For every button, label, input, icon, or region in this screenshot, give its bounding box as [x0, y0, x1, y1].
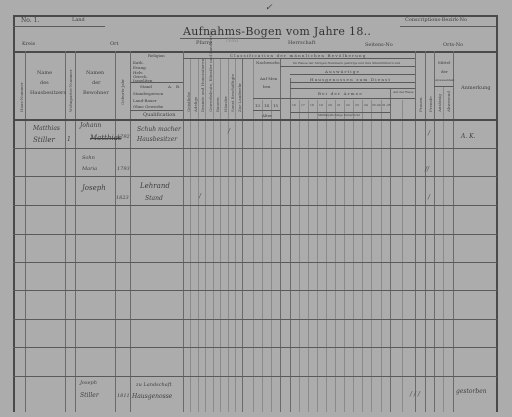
religion-row: Israeliten [133, 78, 152, 83]
header-rule [280, 66, 415, 67]
col-line [308, 100, 309, 412]
col-line [443, 86, 444, 412]
col-line [262, 100, 263, 412]
class-col-header: Bauern [215, 97, 220, 112]
col-header-frauen: Frauen [418, 97, 423, 112]
col-header-der: der [92, 80, 101, 86]
religion-subheader: Stand [140, 84, 152, 89]
header-rule [253, 98, 415, 99]
classification-title: Classification der männlichen Bevölkerun… [230, 53, 367, 58]
qualification-value: Hausbesitzer [137, 136, 177, 143]
col-line [415, 51, 416, 412]
age-header: Alter [262, 113, 272, 118]
age-col: 21 [337, 103, 341, 107]
col-header-wohnpartei: Wohnpartei-Nummer [68, 69, 73, 112]
geburtsjahr-value: 1811 [117, 393, 130, 399]
land-label: Land [72, 17, 85, 23]
frame-right [496, 15, 498, 412]
col-line [280, 58, 281, 412]
row-rule [13, 262, 497, 263]
col-line [344, 100, 345, 412]
header-rule [183, 58, 415, 59]
col-line [25, 51, 26, 412]
religion-title: Religion [148, 53, 165, 58]
col-header-hausbesitzer: Hausbesitzers [30, 90, 66, 96]
col-line [242, 58, 243, 412]
row-rule [13, 347, 497, 348]
anwesenheit-header: Anwesenheit [435, 78, 455, 82]
col-line [198, 58, 199, 412]
header-rule [290, 88, 415, 89]
col-header-namen: Namen [86, 70, 104, 76]
col-line [65, 51, 66, 412]
col-line [381, 100, 382, 412]
col-line [205, 58, 206, 412]
hausbesitzer-surname: Stiller [33, 136, 55, 144]
qualification-value: Schuh macher [137, 126, 181, 133]
col-line [371, 100, 372, 412]
tally-mark: / [428, 194, 430, 201]
right-block-line5: Auf der Reise [393, 90, 414, 94]
class-col-header: Adelige [193, 97, 198, 112]
class-col-header: Geistliche [186, 92, 191, 112]
row-rule [13, 376, 497, 377]
pfarre-value: Nikl [226, 37, 239, 44]
header-rule [130, 110, 183, 111]
geburtsjahr-value: 1792 [117, 134, 130, 140]
col-line [213, 58, 214, 412]
row-rule [13, 319, 497, 320]
check-mark: ✓ [265, 3, 273, 13]
col-header-geburtsjahr: Geburts-Jahr [120, 79, 125, 105]
col-line [115, 51, 116, 412]
col-line [183, 51, 184, 412]
census-form-page: No. 1. Land Aufnahms-Bogen vom Jahre 18.… [0, 0, 512, 417]
geburtsjahr-value: 1793 [117, 166, 130, 172]
class-col-header: Gewerbsleute, Künstler und Landwirthe [208, 31, 213, 113]
anwesenheit-sub: Abwesend [446, 91, 451, 112]
tally-mark: / [428, 130, 430, 137]
col-header-name-des: des [40, 80, 49, 86]
right-block-line2: Auswärtige [325, 69, 360, 74]
col-line [362, 100, 363, 412]
header-rule [290, 82, 415, 83]
tally-mark: / [199, 193, 201, 200]
age-col: 25-30 [372, 103, 381, 107]
col-line [434, 51, 435, 412]
age-col: 24 [364, 103, 368, 107]
geburtsjahr-value: 1823 [116, 195, 129, 201]
col-line [253, 58, 254, 412]
col-header-name: Name [37, 70, 52, 76]
header-rule [434, 86, 453, 87]
col-line [75, 51, 76, 412]
herrschaft-label: Herrschaft [288, 40, 316, 46]
bezirk-underline [400, 26, 496, 27]
col-line [453, 51, 454, 412]
row-rule [13, 205, 497, 206]
qualification-value: Hausgenosse [132, 393, 172, 400]
seitens-label: Seitens-No [365, 42, 393, 48]
nachwuchs-sub: ben [263, 84, 271, 89]
header-bottom-rule [13, 119, 497, 121]
qualification-value: Lehrand [140, 182, 170, 190]
right-block-line4: Bei der Armee [318, 91, 363, 96]
col-line [290, 78, 291, 412]
orts-label: Orts-No [443, 42, 463, 48]
col-line [299, 100, 300, 412]
col-header-hausnummer: Haus-Nummer [19, 82, 24, 112]
land-underline [13, 26, 105, 27]
age-col: 20 [328, 103, 332, 107]
religion-subheader: A. [168, 84, 172, 89]
right-block-line1: Im Hause der übrigen Nummern gehörige un… [293, 61, 400, 65]
col-line [130, 51, 131, 412]
right-block-footer: Militärpflichtige Unterricht [318, 113, 360, 117]
col-line [353, 100, 354, 412]
row-rule [13, 148, 497, 149]
age-header: 15 [273, 103, 278, 108]
religion-subheader: B. [176, 84, 180, 89]
row-rule [13, 290, 497, 291]
class-col-header: Beamte und Honoratioren [200, 59, 205, 112]
form-number: No. 1. [21, 17, 39, 24]
age-header: 13 [255, 103, 260, 108]
age-col: 17 [301, 103, 305, 107]
age-header: 14 [264, 103, 269, 108]
age-col: 19 [319, 103, 323, 107]
col-line [335, 100, 336, 412]
age-col: 22 [346, 103, 350, 107]
col-line [402, 100, 403, 412]
bewohner-name: Johann [80, 122, 101, 129]
anwesenheit-header: Mittel [438, 60, 450, 65]
qualification-value: Stand [145, 195, 163, 202]
wohnpartei-value: 1 [67, 136, 71, 143]
religion-subrow: Land-Bauer [133, 98, 157, 103]
class-col-header: Zur Landwehr [237, 83, 242, 112]
header-rule [290, 74, 415, 75]
nachwuchs-sub: Auf Men [260, 76, 277, 81]
col-header-bewohner: Bewohner [83, 90, 109, 96]
col-header-anmerkung: Anmerkung [461, 85, 491, 91]
col-line [425, 51, 426, 412]
bewohner-surname: Maria [82, 166, 97, 172]
class-col-header: Häusler [223, 96, 228, 112]
row-rule [13, 234, 497, 235]
col-line [228, 58, 229, 412]
qualification-value: zu Landschaft [136, 382, 172, 388]
nachwuchs-label: Nachwuchs [256, 60, 280, 65]
col-line [220, 58, 221, 412]
bewohner-name: Joseph [80, 380, 97, 386]
col-header-fremde: Fremde [428, 96, 433, 112]
age-col: 18 [310, 103, 314, 107]
religion-subrow: Ohne Gewerbe [133, 104, 163, 109]
bewohner-name: Joseph [82, 184, 106, 192]
religion-subrow: Standesperson [133, 91, 163, 96]
col-line [235, 58, 236, 412]
frame-left [13, 15, 15, 412]
right-block-line3: Hausgenossen zum Dienst [310, 77, 391, 82]
conscriptions-label: Conscriptions-Bezirk-No [405, 17, 467, 23]
col-line [317, 100, 318, 412]
age-col: 31-35 [382, 103, 391, 107]
tally-mark: / / / [410, 391, 420, 398]
bewohner-name: Sohn [82, 155, 95, 161]
hausbesitzer-name: Matthias [33, 125, 60, 132]
col-line [390, 88, 391, 412]
anwesenheit-header: der [441, 69, 448, 74]
row-rule [13, 176, 497, 177]
anmerkung-value: gestorben [456, 388, 487, 395]
tally-mark: // [425, 166, 429, 173]
kreis-label: Kreis [22, 41, 35, 47]
col-line [326, 100, 327, 412]
anwesenheit-sub: Ansässig [437, 94, 442, 112]
bewohner-surname: Stiller [80, 392, 99, 399]
qualification-label: Qualification [143, 112, 175, 118]
age-col: 16 [292, 103, 296, 107]
col-line [271, 100, 272, 412]
age-col: 23 [355, 103, 359, 107]
tally-mark: / [228, 128, 230, 135]
anmerkung-value: A. K. [461, 133, 476, 140]
class-col-header: Sonst Beschäftigte [230, 74, 235, 112]
header-rule [253, 110, 280, 111]
ort-label: Ort [110, 41, 119, 47]
